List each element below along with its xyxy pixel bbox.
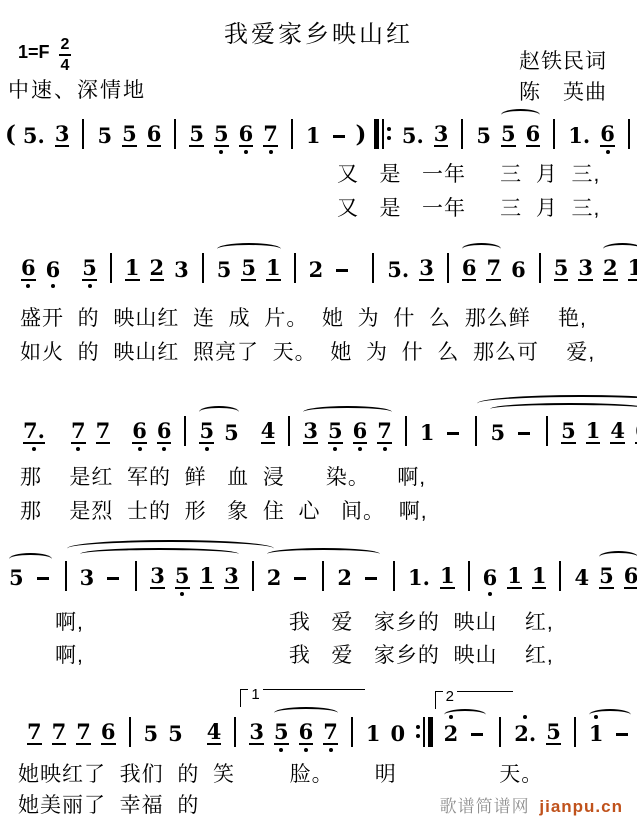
note: 5: [217, 258, 232, 281]
note: 1: [420, 421, 435, 444]
parenthesis: ): [355, 122, 366, 147]
barline: [291, 119, 293, 149]
note: 5: [599, 564, 614, 589]
note: 1.: [568, 124, 590, 147]
note: 5: [97, 124, 112, 147]
barline: [574, 717, 576, 747]
barline: [461, 119, 463, 149]
note: 6: [46, 258, 61, 281]
note: 6: [511, 258, 526, 281]
note: 5.: [402, 124, 424, 147]
barline: [553, 119, 555, 149]
barline: [82, 119, 84, 149]
slur-arc: [501, 109, 540, 121]
barline: [539, 253, 541, 283]
low-octave-dot: [269, 150, 273, 154]
barline: [65, 561, 67, 591]
dash-extension: [447, 432, 459, 435]
begin-repeat-sign: [374, 119, 391, 147]
low-octave-dot: [329, 748, 333, 752]
dash-extension: [518, 432, 530, 435]
note: 7: [71, 419, 86, 444]
note: 5: [199, 419, 214, 444]
barline: [423, 717, 425, 747]
note: 1: [589, 722, 604, 745]
note-group: 5: [4, 566, 57, 589]
note-group: 67: [457, 256, 506, 281]
lyric-row: 如火 的 映山红 照亮了 天。 她 为 什 么 那么可 爱,: [20, 336, 595, 366]
barline: [475, 416, 477, 446]
note: 6: [600, 122, 615, 147]
note-group: 13567: [244, 720, 343, 745]
barline: [234, 717, 236, 747]
repeat-dot: [387, 136, 391, 140]
low-octave-dot: [205, 447, 209, 451]
dash-extension: [294, 577, 306, 580]
note: 6: [483, 566, 498, 589]
lyric-row: 那 是烈 士的 形 象 住 心 间。 啊,: [20, 495, 428, 525]
repeat-dots: [416, 725, 420, 738]
low-octave-dot: [88, 284, 92, 288]
note: 5: [189, 122, 204, 147]
time-signature-numerator: 2: [59, 36, 72, 56]
end-repeat-sign: [416, 717, 433, 745]
dash-extension: [333, 135, 345, 138]
spacer: [188, 744, 202, 745]
note: 5: [82, 256, 97, 281]
note: 7: [52, 720, 67, 745]
slur-arc: [267, 548, 380, 560]
barline: [174, 119, 176, 149]
watermark-url: jianpu.cn: [539, 797, 623, 816]
note: 5: [554, 256, 569, 281]
barline: [135, 561, 137, 591]
note: 1: [628, 256, 637, 281]
repeat-dot: [416, 725, 420, 729]
note: 5: [328, 419, 343, 444]
spacer: [65, 280, 77, 281]
music-line: 533513221.16114566: [4, 559, 637, 589]
slur-arc: [477, 395, 637, 412]
note-group: 2: [439, 722, 492, 745]
note: 3: [249, 720, 264, 745]
note: 1: [366, 722, 381, 745]
note: 6: [132, 419, 147, 444]
note: 5: [561, 419, 576, 444]
dash-extension: [107, 577, 119, 580]
note: 3: [224, 564, 239, 589]
note-group: 3567: [298, 419, 397, 444]
lyric-row: 那 是红 军的 鲜 血 浸 染。 啊,: [20, 461, 426, 491]
low-octave-dot: [358, 447, 362, 451]
note: 2: [150, 256, 165, 281]
note: 4: [574, 566, 589, 589]
low-octave-dot: [244, 150, 248, 154]
barline: [252, 561, 254, 591]
tempo-marking: 中速、深情地: [8, 74, 146, 104]
slur-arc: [274, 707, 338, 719]
barline: [628, 119, 630, 149]
watermark-site-name: 歌谱简谱网: [440, 797, 530, 816]
note-group: 55: [194, 419, 243, 444]
low-octave-dot: [333, 447, 337, 451]
barline: [468, 561, 470, 591]
barline: [202, 253, 204, 283]
time-signature: 2 4: [59, 36, 72, 74]
note: 1: [586, 419, 601, 444]
note: 5: [168, 722, 183, 745]
slur-arc: [9, 553, 52, 565]
barline: [382, 119, 384, 149]
note: 1: [200, 564, 215, 589]
note: 5: [9, 566, 24, 589]
note: 3: [419, 256, 434, 281]
lyric-row: 又 是 一年 三 月 三,: [337, 158, 600, 188]
parenthesis: (: [5, 122, 16, 147]
low-octave-dot: [219, 150, 223, 154]
repeat-dot: [387, 127, 391, 131]
high-octave-dot: [523, 715, 527, 719]
note: 0: [391, 722, 406, 745]
low-octave-dot: [26, 284, 30, 288]
dash-extension: [471, 733, 483, 736]
note-group: 22: [439, 722, 492, 745]
low-octave-dot: [606, 150, 610, 154]
note: 7: [323, 720, 338, 745]
low-octave-dot: [138, 447, 142, 451]
watermark: 歌谱简谱网 jianpu.cn: [440, 792, 623, 817]
note: 1: [266, 256, 281, 281]
note: 2.: [514, 722, 536, 745]
low-octave-dot: [180, 592, 184, 596]
barline: [294, 253, 296, 283]
note: 5: [476, 124, 491, 147]
note-group: 22: [262, 561, 385, 589]
ending-bracket: 1: [240, 689, 365, 707]
note: 1: [125, 256, 140, 281]
note: 4: [207, 720, 222, 745]
high-octave-dot: [449, 715, 453, 719]
note: 5: [501, 122, 516, 147]
repeat-dot: [416, 734, 420, 738]
note: 6: [157, 419, 172, 444]
barline: [351, 717, 353, 747]
low-octave-dot: [76, 447, 80, 451]
note: 7: [263, 122, 278, 147]
note: 2: [309, 258, 324, 281]
sheet-music-page: 我爱家乡映山红 1=F 2 4 中速、深情地 赵铁民词 陈 英曲 (5.3556…: [0, 0, 637, 824]
note: 5: [224, 421, 239, 444]
lyric-row: 她美丽了 幸福 的: [18, 789, 199, 819]
ending-number: 1: [248, 687, 262, 703]
music-line: 7.776655435671551465: [18, 414, 637, 444]
low-octave-dot: [32, 447, 36, 451]
note-group: 33513: [75, 561, 244, 589]
note: 5.: [23, 124, 45, 147]
music-line: 77765541356710222.511: [22, 715, 637, 745]
ending-number: 2: [443, 689, 457, 705]
note-group: 567: [269, 720, 343, 745]
note: 5: [144, 722, 159, 745]
note: 7: [76, 720, 91, 745]
note: 1.: [408, 566, 430, 589]
note-group: 56: [594, 564, 637, 589]
dash-extension: [336, 269, 348, 272]
slur-arc: [217, 243, 281, 255]
note: 3: [303, 419, 318, 444]
note: 1: [507, 564, 522, 589]
note: 2: [337, 566, 352, 589]
barline: [546, 416, 548, 446]
note: 3: [150, 564, 165, 589]
dash-extension: [365, 577, 377, 580]
note: 7.: [23, 419, 45, 444]
low-octave-dot: [279, 748, 283, 752]
barline: [372, 253, 374, 283]
note: 3: [55, 122, 70, 147]
note: 6: [526, 122, 541, 147]
note: 6: [353, 419, 368, 444]
note: 5.: [387, 258, 409, 281]
note: 1: [440, 564, 455, 589]
low-octave-dot: [162, 447, 166, 451]
ending-bracket: 2: [435, 691, 514, 709]
note: 6: [624, 564, 637, 589]
music-line: (5.355655671)5.35561.65: [3, 117, 637, 147]
barline: [288, 416, 290, 446]
time-signature-denominator: 4: [61, 56, 70, 74]
barline: [405, 416, 407, 446]
slur-arc: [67, 540, 274, 557]
note: 2: [267, 566, 282, 589]
lyric-row: 啊, 我 爱 家乡的 映山 红,: [55, 606, 554, 636]
note: 5: [214, 122, 229, 147]
barline: [374, 119, 379, 149]
lyric-row: 又 是 一年 三 月 三,: [337, 192, 600, 222]
spacer: [50, 443, 66, 444]
lyric-row: 盛开 的 映山红 连 成 片。 她 为 什 么 那么鲜 艳,: [20, 302, 587, 332]
spacer: [244, 443, 256, 444]
barline: [428, 717, 433, 747]
note: 6: [101, 720, 116, 745]
note: 3: [434, 122, 449, 147]
note: 7: [27, 720, 42, 745]
song-title: 我爱家乡映山红: [0, 14, 637, 49]
dash-extension: [37, 577, 49, 580]
barline: [393, 561, 395, 591]
key-signature: 1=F 2 4: [18, 42, 71, 74]
slur-arc: [603, 243, 637, 255]
note: 7: [96, 419, 111, 444]
note: 5: [546, 720, 561, 745]
note-group: 1: [584, 722, 637, 745]
note: 6: [239, 122, 254, 147]
note: 6: [21, 256, 36, 281]
note: 3: [80, 566, 95, 589]
note: 6: [462, 256, 477, 281]
low-octave-dot: [383, 447, 387, 451]
low-octave-dot: [51, 284, 55, 288]
note: 1: [306, 124, 321, 147]
note: 3: [578, 256, 593, 281]
repeat-dots: [387, 127, 391, 140]
note: 5: [490, 421, 505, 444]
barline: [129, 717, 131, 747]
note-group: 551: [212, 256, 286, 281]
note: 5: [241, 256, 256, 281]
note: 1: [532, 564, 547, 589]
note: 7: [486, 256, 501, 281]
barline: [322, 561, 324, 591]
note-group: 55146: [485, 416, 637, 444]
low-octave-dot: [488, 592, 492, 596]
note: 3: [174, 258, 189, 281]
note: 5: [175, 564, 190, 589]
music-line: 66512355125.367653216: [16, 251, 637, 281]
slur-arc: [199, 406, 238, 418]
note: 5: [274, 720, 289, 745]
slur-arc: [599, 551, 637, 563]
slur-arc: [303, 406, 392, 418]
dash-extension: [616, 733, 628, 736]
note: 6: [299, 720, 314, 745]
spacer: [356, 280, 364, 281]
spacer: [115, 443, 127, 444]
lyricist-credit: 赵铁民词: [519, 46, 607, 77]
slur-arc: [462, 243, 501, 255]
note: 4: [610, 419, 625, 444]
lyric-row: 啊, 我 爱 家乡的 映山 红,: [55, 639, 554, 669]
barline: [499, 717, 501, 747]
note: 7: [377, 419, 392, 444]
barline: [447, 253, 449, 283]
barline: [559, 561, 561, 591]
credits: 赵铁民词 陈 英曲: [519, 46, 607, 108]
note: 6: [147, 122, 162, 147]
note-group: 56: [496, 122, 545, 147]
note-group: 21: [598, 256, 637, 281]
note: 2: [603, 256, 618, 281]
barline: [184, 416, 186, 446]
key-label: 1=F: [18, 42, 50, 62]
note: 4: [261, 419, 276, 444]
note: 2: [444, 722, 459, 745]
low-octave-dot: [304, 748, 308, 752]
note: 5: [122, 122, 137, 147]
lyric-row: 她映红了 我们 的 笑 脸。 明 天。: [18, 758, 543, 788]
composer-credit: 陈 英曲: [519, 77, 607, 108]
barline: [110, 253, 112, 283]
